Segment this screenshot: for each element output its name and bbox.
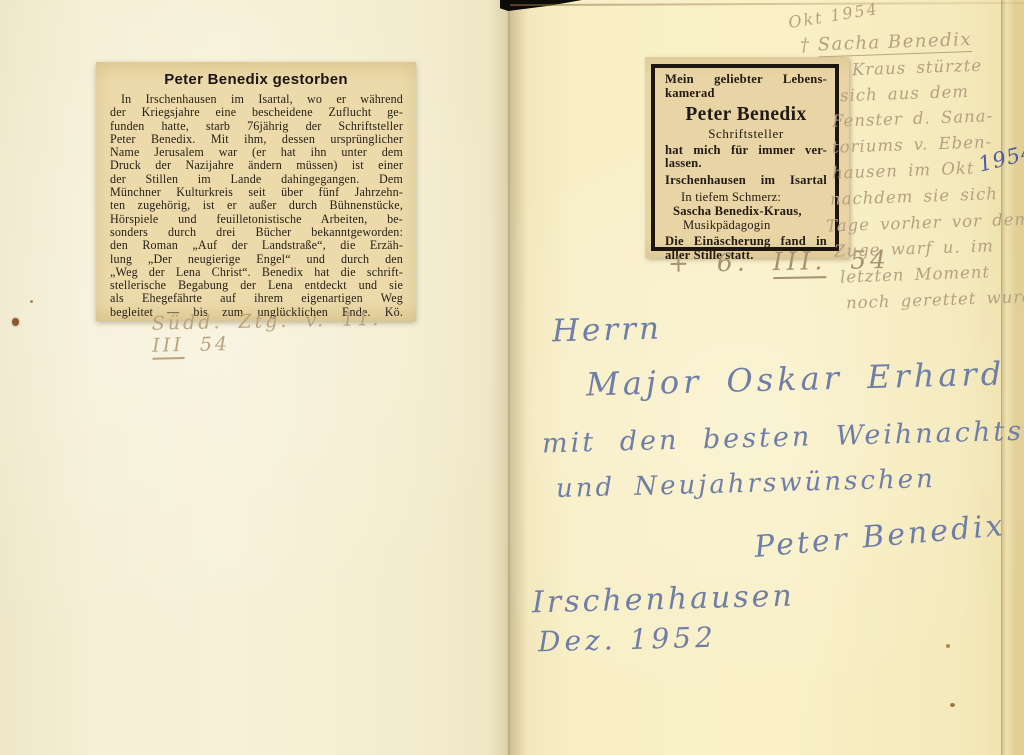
clipping-headline: Peter Benedix gestorben [96,62,416,91]
clipping-text-line: lung „Der neugierige Engel“ und durch de… [110,253,403,266]
page-gutter-line [508,0,510,755]
paper-speck [30,300,33,303]
clipping-text-line: „Weg der Lena Christ“. Benedix hat die s… [110,266,403,279]
margin-note-line: hausen im Okt [832,159,975,183]
clipping-text-line: stellerische Begabung der Lena entdeckt … [110,279,403,292]
pencil-source-text: Südd. Ztg. v. 11. [152,308,382,335]
clipping-body: In Irschenhausen im Isartal, wo er währe… [96,91,416,319]
cross-symbol: † [800,35,811,56]
clipping-text-line: Hörspiele und feuilletonistische Arbeite… [110,213,403,226]
ink-dedication: Herrn Major Oskar Erhard mit den besten … [530,312,1010,672]
dedication-line: mit den besten Weihnachts- [542,416,1024,460]
paper-speck [950,703,955,707]
margin-note-line: Kraus stürzte [852,56,983,80]
dedication-line: Herrn [552,311,663,350]
death-date-day: + 6. [668,248,749,278]
margin-note-line: nachdem sie sich [830,184,998,209]
clipping-text-line: ten zugehörig, ist er außer durch Bühnen… [110,199,403,212]
margin-note-line: Tage vorher vor dem [826,209,1024,235]
clipping-text-line: Münchner Kulturkreis seit über fünf Jahr… [110,186,403,199]
pencil-source-year: 54 [200,333,231,356]
margin-note-date: Okt 1954 [787,0,880,32]
margin-note-line: noch gerettet wurde [846,287,1024,313]
book-scan: Peter Benedix gestorben In Irschenhausen… [0,0,1024,755]
clipping-text-line: der Stillen im Lande dahingegangen. Dem [110,173,403,186]
pencil-source-roman-numeral: III [152,334,184,360]
pencil-margin-note: Okt 1954 † Sacha Benedix Kraus stürzte s… [780,4,1024,324]
margin-note-line: Zuge warf u. im [834,236,994,261]
paper-speck [946,644,950,648]
margin-note-name: Sacha Benedix [817,29,972,57]
margin-note-line: Fenster d. Sana- [832,106,994,131]
dedication-date: Dez. 1952 [538,621,718,659]
clipping-text-line: den Roman „Auf der Landstraße“, die Erzä… [110,239,403,252]
news-clipping: Peter Benedix gestorben In Irschenhausen… [96,62,416,321]
clipping-text-line: Druck der Nazijahre ändern müssen) ist e… [110,159,403,172]
clipping-text-line: Name Jerusalem war (er hat ihn unter dem [110,146,403,159]
margin-note-line: sich aus dem [840,82,970,105]
clipping-text-line: der Kriegsjahre eine bescheidene Zufluch… [110,106,403,119]
clipping-text-line: sonders durch drei Bücher bekanntgeworde… [110,226,403,239]
paper-speck [12,318,19,326]
clipping-text-line: funden hatte, starb 76jährig der Schrift… [110,120,403,133]
dedication-recipient: Major Oskar Erhard [586,355,1006,404]
margin-note-line: toriums v. Eben- [832,132,993,157]
dedication-line: und Neujahrswünschen [556,464,937,504]
clipping-text-line: als Ehegefährte auf ihrem eigenartigen W… [110,292,403,305]
clipping-text-line: In Irschenhausen im Isartal, wo er währe… [110,93,403,106]
dedication-place: Irschenhausen [532,579,796,621]
pencil-source-note: Südd. Ztg. v. 11. III 54 [152,307,413,356]
signature: Peter Benedix [753,508,1007,565]
margin-note-name-line: † Sacha Benedix [800,29,973,56]
clipping-text-line: Peter Benedix. Mit ihm, dessen ursprüngl… [110,133,403,146]
margin-note-line: letzten Moment [840,262,991,286]
